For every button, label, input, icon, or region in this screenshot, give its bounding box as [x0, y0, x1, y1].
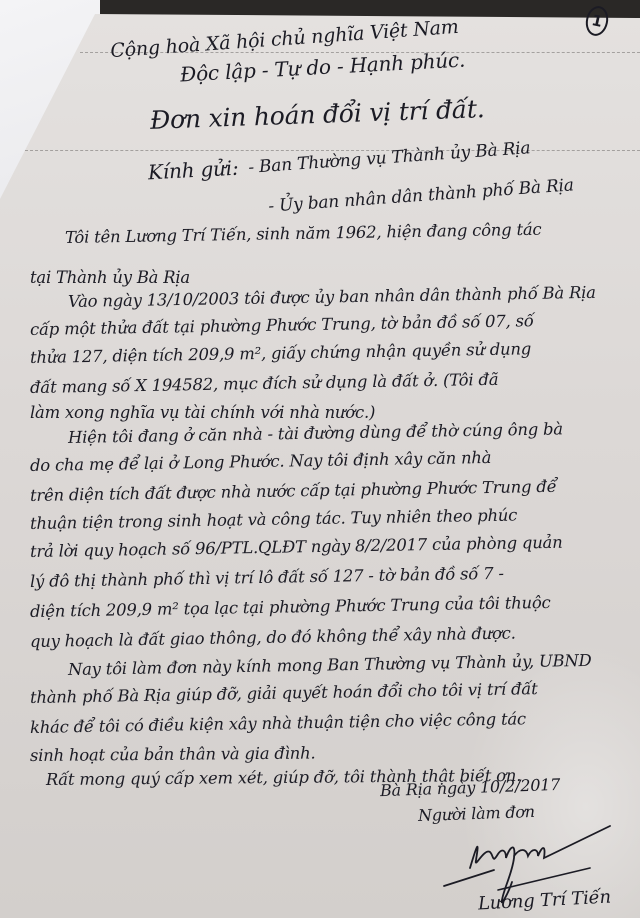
body-line: sinh hoạt của bản thân và gia đình. — [30, 744, 316, 765]
body-line: tại Thành ủy Bà Rịa — [30, 268, 190, 287]
body-line: làm xong nghĩa vụ tài chính với nhà nước… — [30, 403, 375, 422]
addressee-label: Kính gửi: — [147, 156, 239, 185]
dotted-rule-line — [25, 150, 640, 151]
